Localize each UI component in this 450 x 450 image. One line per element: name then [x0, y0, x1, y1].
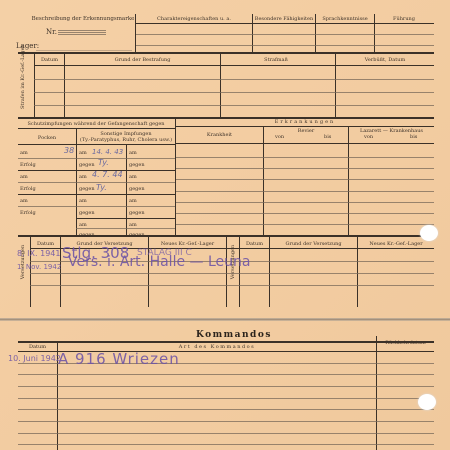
nr-line — [58, 34, 106, 35]
erkrankungen-rule — [176, 143, 434, 144]
pocken-erfolg-label: Erfolg — [20, 162, 36, 168]
sonstige-am-label: am — [79, 198, 87, 204]
pocken-am-label: am — [20, 174, 28, 180]
versetzungen-rule — [30, 285, 434, 286]
punch-hole — [418, 394, 436, 410]
impfungen-rule — [18, 206, 175, 207]
sonstige2-am-label: am — [129, 174, 137, 180]
impfungen-title: Schutzimpfungen während der Gefangenscha… — [18, 121, 174, 127]
kommando-text-1: A 916 Wriezen — [58, 350, 180, 368]
sonstige-against-1: Ty. — [98, 158, 109, 167]
strafen-col-datum: Datum — [35, 57, 64, 63]
lazarett-bis: bis — [410, 134, 417, 140]
sonstige2-am-label: am — [129, 150, 137, 156]
impfungen-col-sonstige-sub: (Ty.-Paratyphus, Ruhr, Cholera usw.) — [77, 137, 175, 143]
header-col-charakter: Charaktereigenschaften u. a. — [136, 16, 252, 22]
strafen-rule — [34, 65, 434, 66]
versetzungen-rule — [30, 273, 434, 274]
versetzungen-col-grund-2: Grund der Versetzung — [270, 241, 357, 247]
sonstige-gegen-label: gegen — [79, 162, 95, 168]
punch-hole — [420, 225, 438, 241]
header-col-sprachen: Sprachkenntnisse — [316, 16, 374, 22]
sonstige2-gegen-label: gegen — [129, 210, 145, 216]
lager-line — [36, 50, 132, 51]
sonstige-gegen-label: gegen — [79, 186, 95, 192]
erkrankungen-rule — [176, 157, 434, 158]
strafen-col-grund: Grund der Bestrafung — [65, 57, 220, 63]
erkrankungen-title: Erkrankungen — [176, 119, 434, 125]
erkrankungen-col-lazarett: Lazarett — Krankenhaus — [349, 128, 434, 134]
strafen-rule — [34, 92, 434, 93]
strafen-divider — [64, 54, 65, 118]
strafen-divider — [34, 54, 35, 118]
nr-line — [58, 30, 106, 31]
strafen-rule — [34, 105, 434, 106]
versetzung-date-1: 8. IX. 1941 — [17, 249, 60, 258]
impfungen-rule — [76, 218, 175, 219]
kommandos-col-datum: Datum — [18, 344, 57, 350]
versetzung-text-2: Vers. i. Art. Halle — Leuna — [68, 254, 250, 270]
sonstige-am-label: am — [79, 174, 87, 180]
pocken-entry: 38 — [64, 146, 74, 155]
impfungen-rule — [18, 194, 175, 195]
strafen-divider — [335, 54, 336, 118]
erkrankungen-rule — [176, 191, 434, 192]
versetzungen-col-lager-2: Neues Kr.-Gef.-Lager — [358, 241, 434, 247]
header-rule — [136, 45, 434, 46]
header-rule — [136, 34, 434, 35]
strafen-col-verbuesst: Verbüßt, Datum — [336, 57, 434, 63]
erkrankungen-rule — [176, 202, 434, 203]
kommandos-rule — [18, 444, 434, 445]
impfungen-col-pocken: Pocken — [18, 135, 76, 141]
kommandos-rule — [18, 409, 434, 410]
nr-line — [58, 32, 106, 33]
nr-label: Nr. — [46, 29, 57, 35]
erkrankungen-rule — [176, 168, 434, 169]
sonstige-am-label: am — [79, 150, 87, 156]
impfungen-rule — [18, 144, 175, 145]
revier-bis: bis — [324, 134, 331, 140]
sonstige-date-1: 14. 4. 43 — [92, 148, 123, 156]
versetzungen-col-datum-2: Datum — [240, 241, 269, 247]
impfungen-rule — [76, 228, 175, 229]
strafen-col-strafmass: Strafmaß — [221, 57, 331, 63]
pocken-erfolg-label: Erfolg — [20, 186, 36, 192]
kommandos-top-rule — [18, 341, 434, 343]
perforation-line — [0, 318, 450, 321]
description-label: Beschreibung der Erkennungsmarke — [28, 16, 138, 22]
kommandos-title: Kommandos — [196, 330, 272, 340]
header-col-fuehrung: Führung — [375, 16, 433, 22]
strafen-rule — [34, 79, 434, 80]
kommandos-rule — [18, 433, 434, 434]
pocken-erfolg-label: Erfolg — [20, 210, 36, 216]
erkrankungen-rule — [176, 224, 434, 225]
versetzungen-side-label-left: Versetzungen — [20, 242, 26, 282]
erkrankungen-col-krankheit: Krankheit — [176, 132, 263, 138]
sonstige2-gegen-label: gegen — [129, 162, 145, 168]
versetzung-date-2: 1. Nov. 1942 — [17, 263, 61, 271]
sonstige-gegen-label: gegen — [79, 210, 95, 216]
impfungen-rule — [18, 128, 175, 129]
sonstige2-am-label: am — [129, 198, 137, 204]
kommandos-rule — [18, 398, 434, 399]
sonstige-against-2: Ty. — [96, 183, 107, 192]
kommandos-col-rueckkehr: Rückkehrdatum — [377, 340, 434, 346]
impfungen-rule — [18, 158, 175, 159]
kommandos-rule — [18, 386, 434, 387]
sonstige-date-2: 4. 7. 44 — [92, 170, 123, 179]
kommandos-rule — [18, 421, 434, 422]
lazarett-von: von — [364, 134, 373, 140]
versetzungen-col-datum: Datum — [31, 241, 60, 247]
pocken-am-label: am — [20, 198, 28, 204]
erkrankungen-rule — [176, 179, 434, 180]
strafen-divider — [220, 54, 221, 118]
versetzungen-col-lager: Neues Kr.-Gef.-Lager — [149, 241, 226, 247]
sonstige2-gegen-label: gegen — [129, 186, 145, 192]
erkrankungen-rule — [176, 126, 434, 127]
header-rule — [136, 23, 434, 24]
strafen-side-label: Strafen im Kr.-Gef.-Lager — [20, 59, 26, 109]
header-col-faehigkeiten: Besondere Fähigkeiten — [253, 16, 315, 22]
header-bottom-rule — [18, 52, 434, 54]
erkrankungen-rule — [176, 213, 434, 214]
revier-von: von — [275, 134, 284, 140]
pocken-am-label: am — [20, 150, 28, 156]
kommandos-rule — [18, 374, 434, 375]
kommando-date-1: 10. Juni 1942 — [8, 354, 61, 363]
